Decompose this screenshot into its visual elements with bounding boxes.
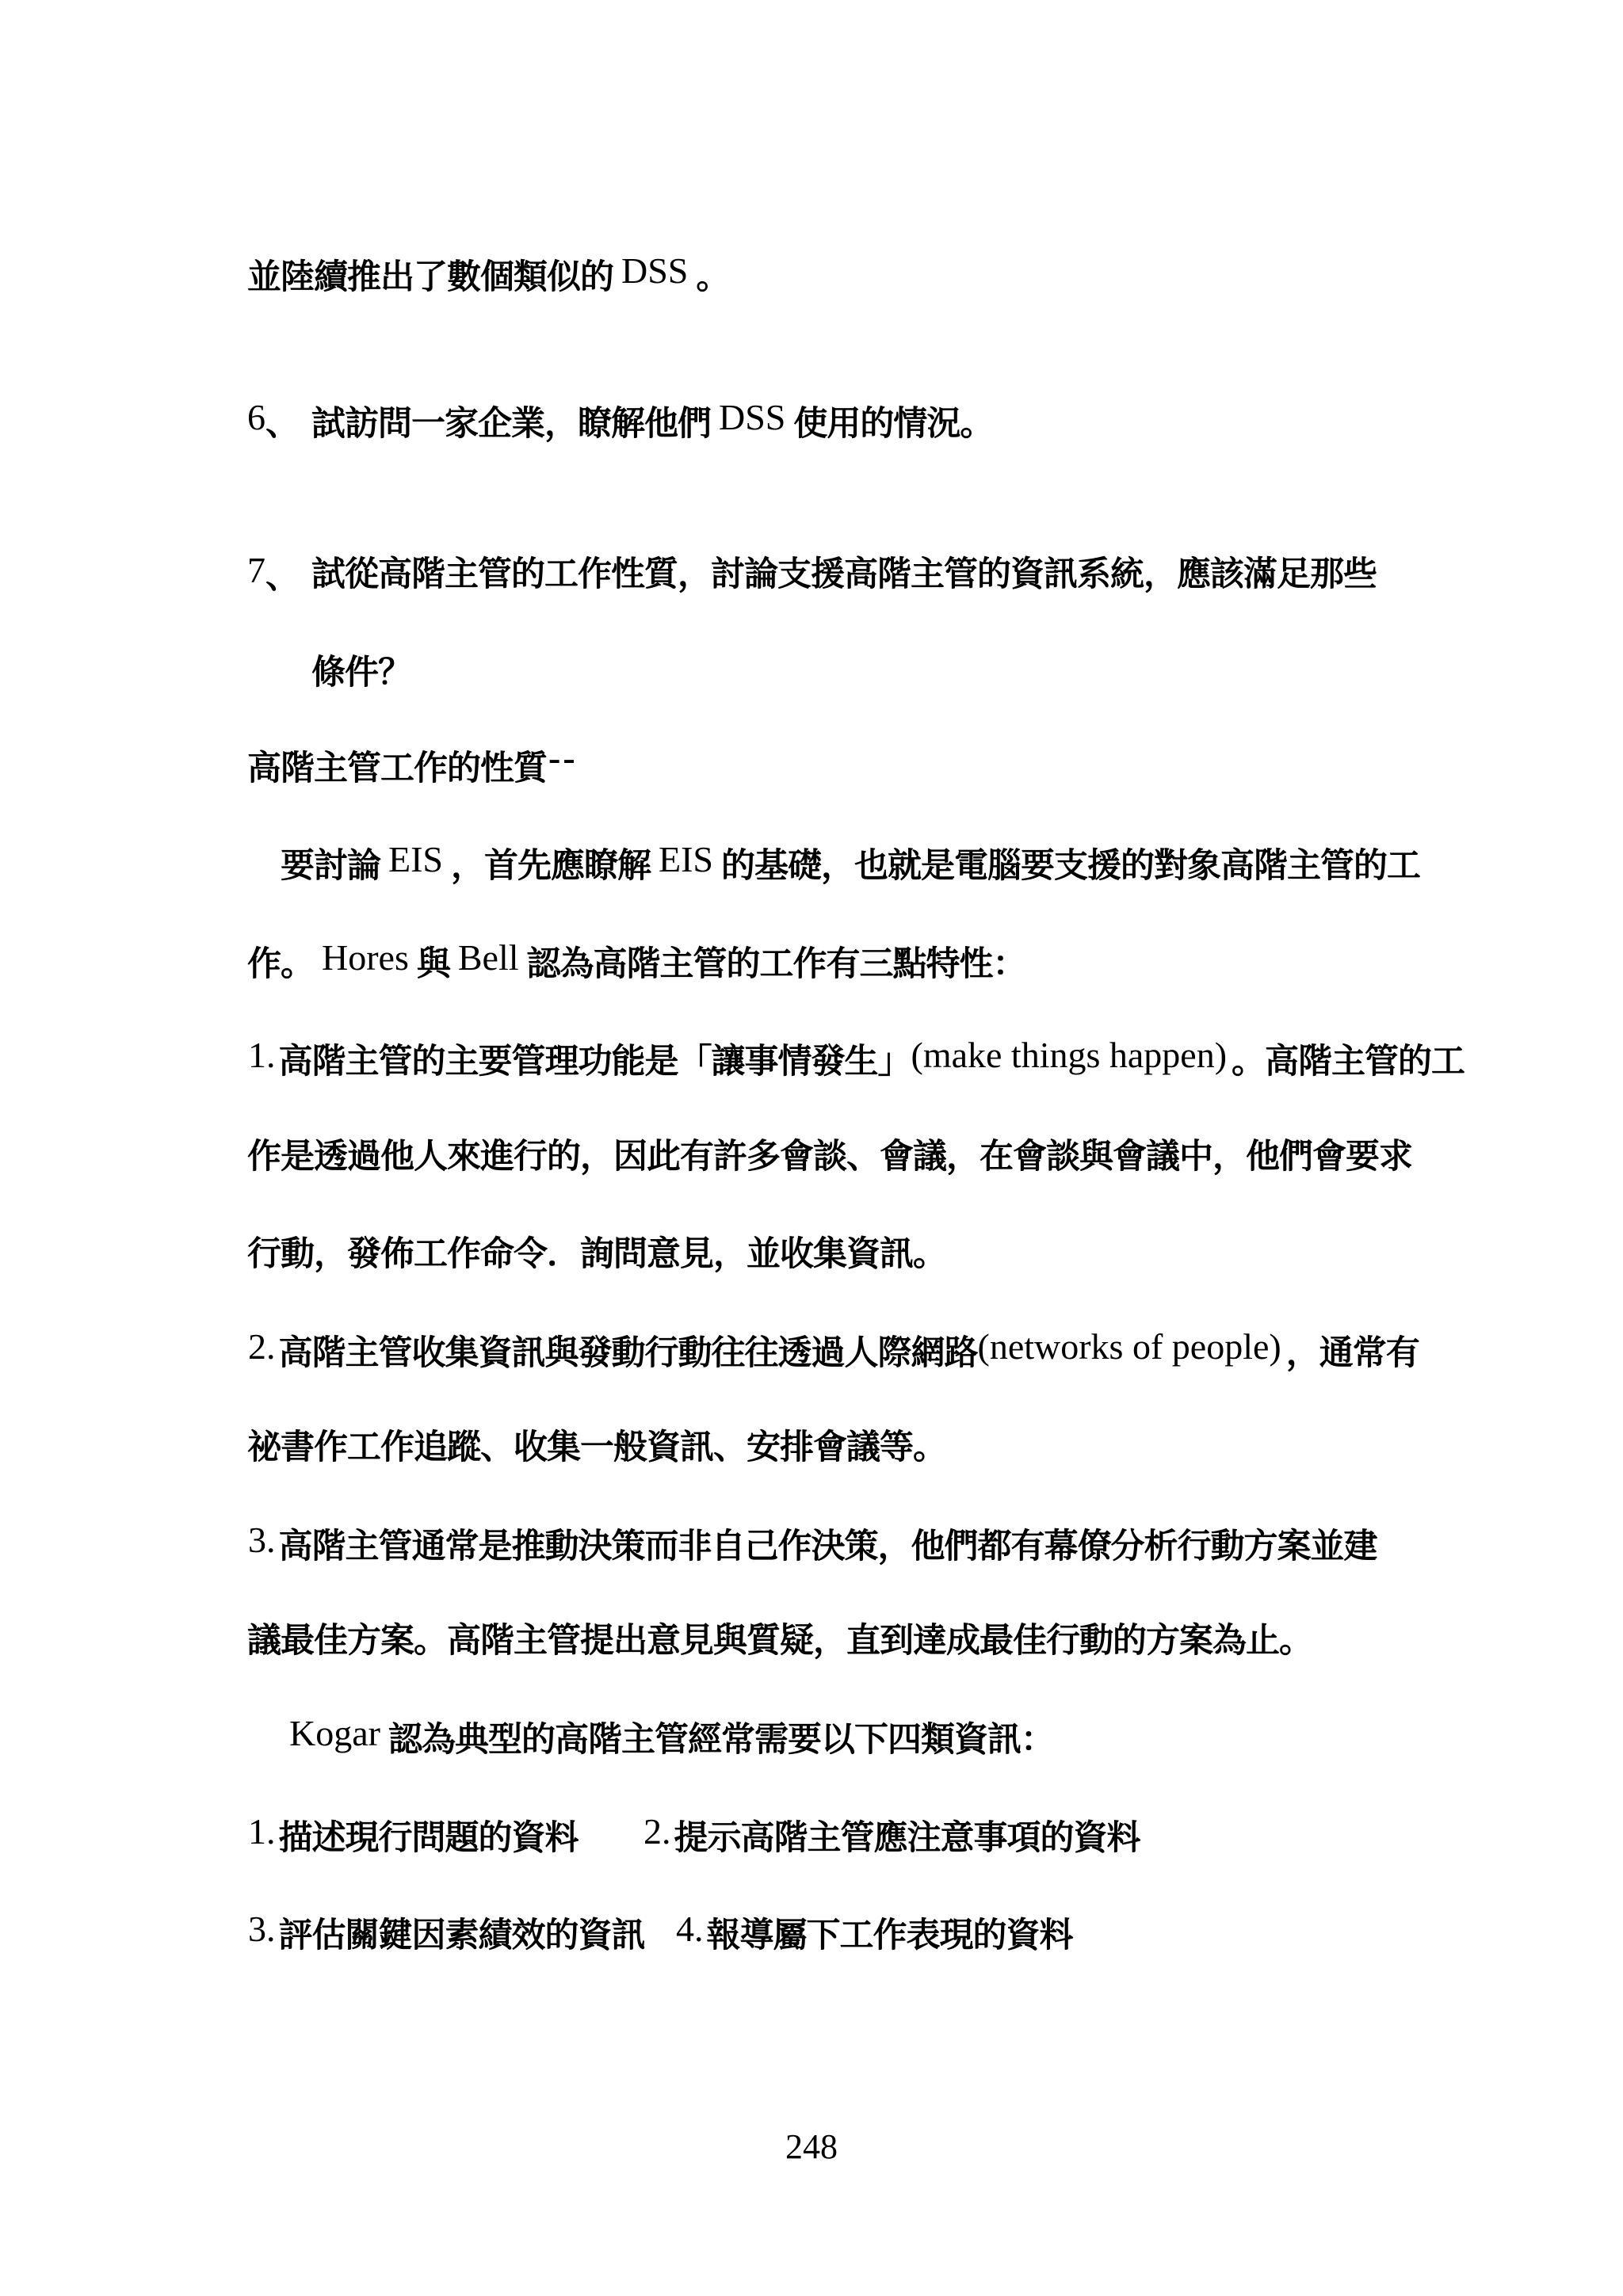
point-3-line-2: 議最佳方案。高階主管提出意見與質疑，直到達成最佳行動的方案為止。 — [247, 1624, 1312, 1658]
kogar-line-latin-kogar: Kogar — [289, 1713, 380, 1753]
info-type-1: 1.描述現行問題的資料 — [248, 1819, 579, 1855]
info-type-3-text: 評估關鍵因素績效的資訊 — [279, 1917, 645, 1955]
point-1-line1-text: 高階主管的主要管理功能是「讓事情發生」 — [279, 1043, 911, 1081]
point-2-line-2: 祕書作工作追蹤、收集一般資訊、安排會議等。 — [247, 1431, 946, 1465]
point-3-line1-text: 高階主管通常是推動決策而非自己作決策，他們都有幕僚分析行動方案並建 — [279, 1527, 1377, 1566]
point-2-line1-text: 高階主管收集資訊與發動行動往往透過人際網路 — [279, 1334, 978, 1372]
info-type-1-text: 描述現行問題的資料 — [279, 1819, 579, 1857]
intro-line1-part1: 要討論 — [281, 847, 380, 885]
question-6-latin-dss: DSS — [719, 397, 785, 437]
question-6-text-part2: 使用的情況。 — [793, 405, 993, 443]
point-2-line1-text2: ，通常有 — [1286, 1334, 1419, 1372]
info-type-2-text: 提示高階主管應注意事項的資料 — [674, 1819, 1140, 1857]
info-type-2: 2.提示高階主管應注意事項的資料 — [643, 1819, 1140, 1855]
question-7-text-line2: 條件？ — [311, 656, 411, 690]
point-2-line-1: 2.高階主管收集資訊與發動行動往往透過人際網路(networks of peop… — [248, 1334, 1419, 1371]
section-title-text: 高階主管工作的性質 — [247, 749, 547, 788]
point-1-line3-text: 行動，發佈工作命令．詢問意見，並收集資訊。 — [247, 1235, 946, 1273]
question-7-text-line2-text: 條件？ — [311, 654, 411, 692]
intro-line-1: 要討論EIS，首先應瞭解EIS的基礎，也就是電腦要支援的對象高階主管的工 — [281, 847, 1420, 883]
page-number: 248 — [785, 2127, 838, 2166]
opening-line: 並陸續推出了數個類似的DSS。 — [247, 258, 729, 295]
intro-line1-part3: 的基礎，也就是電腦要支援的對象高階主管的工 — [721, 847, 1420, 885]
point-1-line-1: 1.高階主管的主要管理功能是「讓事情發生」(make things happen… — [248, 1043, 1465, 1079]
info-type-1-number: 1. — [248, 1811, 276, 1852]
section-title: 高階主管工作的性質-- — [247, 749, 578, 786]
point-2-latin-parenthetical: (networks of people) — [978, 1326, 1281, 1367]
point-3-number: 3. — [248, 1520, 276, 1560]
info-type-4: 4.報導屬下工作表現的資料 — [676, 1917, 1073, 1953]
document-page: 並陸續推出了數個類似的DSS。 6、 試訪問一家企業，瞭解他們DSS使用的情況。… — [0, 0, 1623, 2296]
point-1-number: 1. — [248, 1035, 276, 1075]
page-footer: 248 — [0, 2130, 1623, 2164]
question-6-number: 6 — [247, 397, 265, 437]
info-type-3: 3.評估關鍵因素績效的資訊 — [248, 1917, 645, 1953]
point-1-line1-text2: 。高階主管的工 — [1232, 1043, 1465, 1081]
question-7-comma: 、 — [265, 558, 299, 596]
point-1-line-2: 作是透過他人來進行的，因此有許多會談、會議，在會談與會議中，他們會要求 — [247, 1140, 1412, 1174]
point-2-line2-text: 祕書作工作追蹤、收集一般資訊、安排會議等。 — [247, 1428, 946, 1466]
question-7-marker: 7、 — [247, 558, 299, 594]
question-6-marker: 6、 — [247, 405, 299, 441]
intro-line2-part2: 與 — [417, 945, 450, 983]
point-3-line2-text: 議最佳方案。高階主管提出意見與質疑，直到達成最佳行動的方案為止。 — [247, 1622, 1312, 1660]
question-7-text: 試從高階主管的工作性質，討論支援高階主管的資訊系統，應該滿足那些 — [311, 558, 1377, 592]
question-6-text-part1: 試訪問一家企業，瞭解他們 — [311, 405, 711, 443]
info-type-2-number: 2. — [643, 1811, 671, 1852]
opening-line-period: 。 — [696, 258, 729, 296]
intro-line2-part1: 作。 — [247, 945, 314, 983]
intro-line2-latin-hores: Hores — [322, 937, 409, 978]
question-7-number: 7 — [247, 550, 265, 590]
point-2-number: 2. — [248, 1326, 276, 1367]
intro-line2-part3: 認為高階主管的工作有三點特性： — [527, 945, 1026, 983]
opening-line-latin-dss: DSS — [621, 250, 688, 291]
question-7-text-line1: 試從高階主管的工作性質，討論支援高階主管的資訊系統，應該滿足那些 — [311, 555, 1377, 593]
info-type-4-text: 報導屬下工作表現的資料 — [707, 1917, 1073, 1955]
point-1-latin-parenthetical: (make things happen) — [911, 1035, 1228, 1075]
info-type-4-number: 4. — [676, 1909, 704, 1949]
section-title-dashes: -- — [548, 738, 578, 778]
kogar-line-text: 認為典型的高階主管經常需要以下四類資訊： — [388, 1721, 1054, 1759]
intro-line1-latin-eis-1: EIS — [388, 839, 443, 879]
kogar-line: Kogar認為典型的高階主管經常需要以下四類資訊： — [289, 1721, 1054, 1757]
point-3-line-1: 3.高階主管通常是推動決策而非自己作決策，他們都有幕僚分析行動方案並建 — [248, 1527, 1377, 1564]
question-6-comma: 、 — [265, 405, 299, 443]
intro-line-2: 作。Hores與Bell認為高階主管的工作有三點特性： — [247, 945, 1026, 982]
question-6-text: 試訪問一家企業，瞭解他們DSS使用的情況。 — [311, 405, 993, 441]
intro-line2-latin-bell: Bell — [458, 937, 519, 978]
point-1-line-3: 行動，發佈工作命令．詢問意見，並收集資訊。 — [247, 1238, 946, 1272]
opening-line-text: 並陸續推出了數個類似的 — [247, 258, 613, 296]
point-1-line2-text: 作是透過他人來進行的，因此有許多會談、會議，在會談與會議中，他們會要求 — [247, 1138, 1412, 1176]
info-type-3-number: 3. — [248, 1909, 276, 1949]
intro-line1-latin-eis-2: EIS — [659, 839, 713, 879]
intro-line1-part2: ，首先應瞭解 — [451, 847, 651, 885]
